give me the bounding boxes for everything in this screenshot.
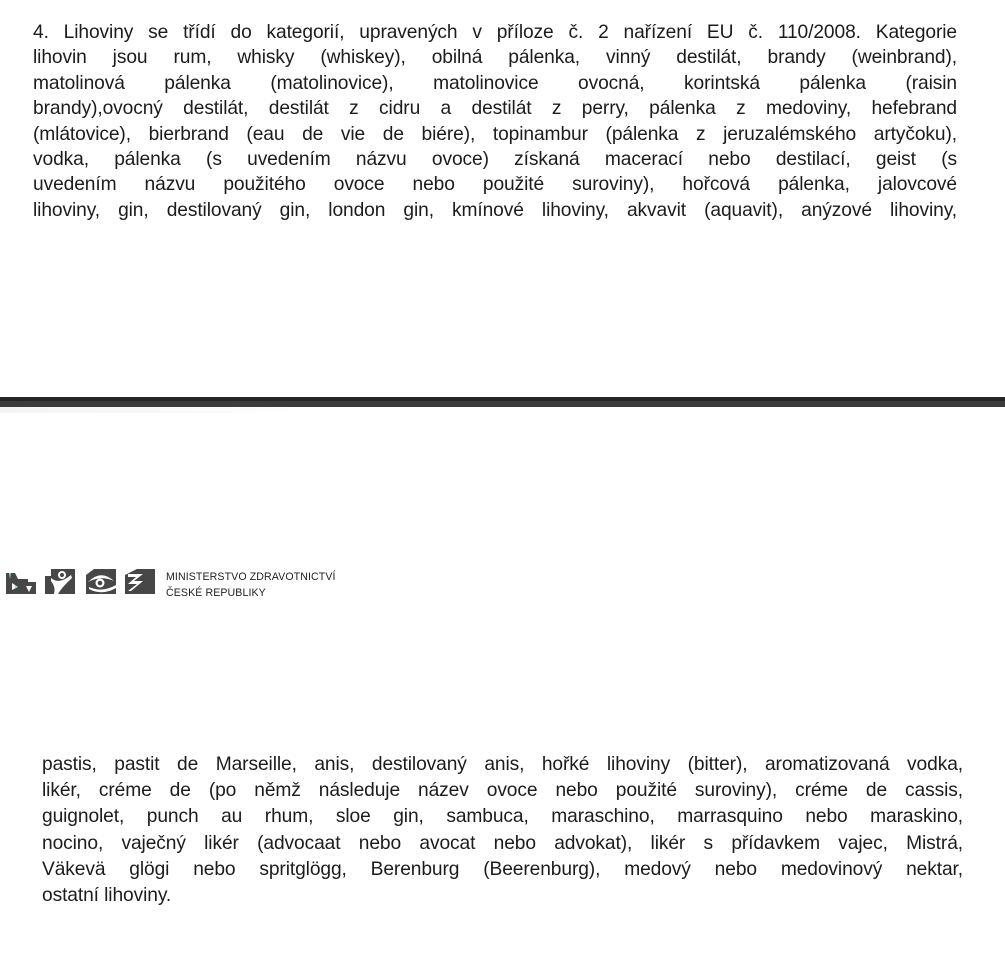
text-line: likér, créme de (po němž následuje název… — [42, 778, 963, 804]
organization-name: MINISTERSTVO ZDRAVOTNICTVÍ ČESKÉ REPUBLI… — [166, 569, 336, 601]
text-line: uvedením názvu použitého ovoce nebo použ… — [33, 172, 957, 197]
page-break-divider — [0, 397, 1005, 407]
text-line: guignolet, punch au rhum, sloe gin, samb… — [42, 804, 963, 830]
top-paragraph: 4. Lihoviny se třídí do kategorií, uprav… — [33, 20, 957, 223]
bottom-paragraph: pastis, pastit de Marseille, anis, desti… — [42, 752, 963, 909]
logo-tile-2-icon — [45, 569, 75, 594]
text-line: 4. Lihoviny se třídí do kategorií, uprav… — [33, 20, 957, 45]
text-line: pastis, pastit de Marseille, anis, desti… — [42, 752, 963, 778]
text-line: nocino, vaječný likér (advocaat nebo avo… — [42, 831, 963, 857]
text-line: matolinová pálenka (matolinovice), matol… — [33, 71, 957, 96]
logo-tile-4-icon — [125, 569, 155, 594]
text-line: Väkevä glögi nebo spritglögg, Berenburg … — [42, 857, 963, 883]
text-line: lihoviny, gin, destilovaný gin, london g… — [33, 198, 957, 223]
text-line: brandy),ovocný destilát, destilát z cidr… — [33, 96, 957, 121]
page-edge-shadow — [0, 407, 300, 413]
organization-line-2: ČESKÉ REPUBLIKY — [166, 585, 336, 601]
text-line: vodka, pálenka (s uvedením názvu ovoce) … — [33, 147, 957, 172]
text-line: (mlátovice), bierbrand (eau de vie de bi… — [33, 122, 957, 147]
logo-tile-3-icon — [86, 569, 116, 594]
text-line: ostatní lihoviny. — [42, 883, 963, 909]
text-line: lihovin jsou rum, whisky (whiskey), obil… — [33, 45, 957, 70]
logo-tile-1-icon — [6, 569, 36, 594]
page-header: MINISTERSTVO ZDRAVOTNICTVÍ ČESKÉ REPUBLI… — [6, 569, 164, 594]
organization-line-1: MINISTERSTVO ZDRAVOTNICTVÍ — [166, 569, 336, 585]
ministry-of-health-logo-icon — [6, 569, 164, 594]
